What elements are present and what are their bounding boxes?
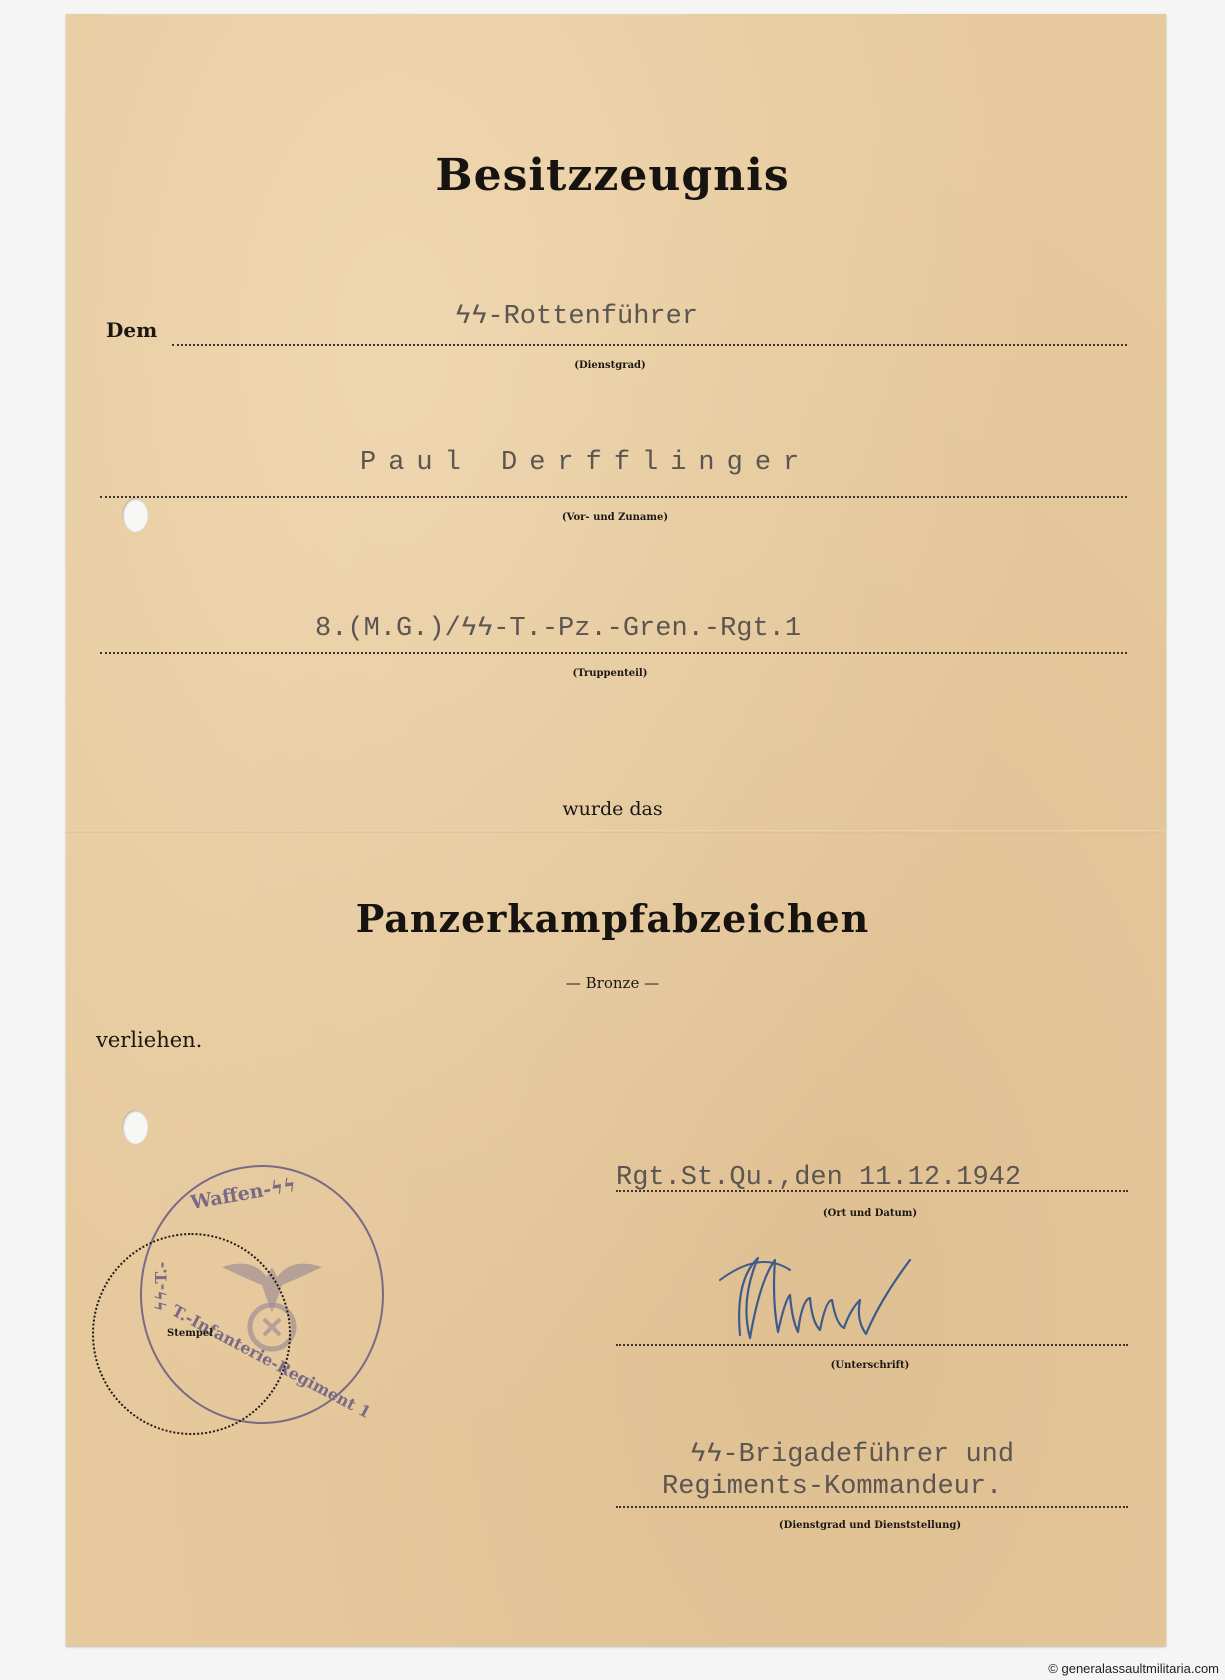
award-name: Panzerkampfabzeichen <box>0 896 1225 941</box>
signer-title-line2: Regiments-Kommandeur. <box>662 1472 1002 1502</box>
stamp-text-top: Waffen-ϟϟ <box>189 1174 298 1214</box>
rank-underline <box>172 344 1127 346</box>
name-caption: (Vor- und Zuname) <box>500 512 730 523</box>
signature-underline <box>616 1344 1128 1346</box>
unit-caption: (Truppenteil) <box>500 668 720 679</box>
stamp-placeholder-label: Stempel <box>150 1328 230 1339</box>
place-date-value: Rgt.St.Qu.,den 11.12.1942 <box>616 1163 1021 1193</box>
rank-prefix-label: Dem <box>106 318 157 342</box>
name-value: Paul Derfflinger <box>360 448 811 478</box>
name-underline <box>100 496 1127 498</box>
paper-fold-crease <box>66 830 1166 833</box>
award-grade: — Bronze — <box>0 974 1225 992</box>
handwritten-signature <box>680 1240 960 1350</box>
place-date-caption: (Ort und Datum) <box>760 1208 980 1219</box>
place-date-underline <box>616 1190 1128 1192</box>
signer-title-line1: ϟϟ-Brigadeführer und <box>690 1440 1014 1470</box>
awarded-phrase: wurde das <box>0 798 1225 820</box>
signer-title-underline <box>616 1506 1128 1508</box>
unit-value: 8.(M.G.)/ϟϟ-T.-Pz.-Gren.-Rgt.1 <box>315 614 801 644</box>
punch-hole-bottom <box>122 1110 148 1144</box>
signer-title-caption: (Dienstgrad und Dienststellung) <box>700 1520 1040 1531</box>
punch-hole-top <box>122 498 148 532</box>
unit-underline <box>100 652 1127 654</box>
rank-caption: (Dienstgrad) <box>500 360 720 371</box>
rank-value: ϟϟ-Rottenführer <box>455 302 698 332</box>
signature-caption: (Unterschrift) <box>760 1360 980 1371</box>
document-title: Besitzzeugnis <box>0 150 1225 201</box>
copyright-watermark: © generalassaultmilitaria.com <box>1048 1661 1219 1676</box>
conferred-word: verliehen. <box>96 1028 202 1052</box>
